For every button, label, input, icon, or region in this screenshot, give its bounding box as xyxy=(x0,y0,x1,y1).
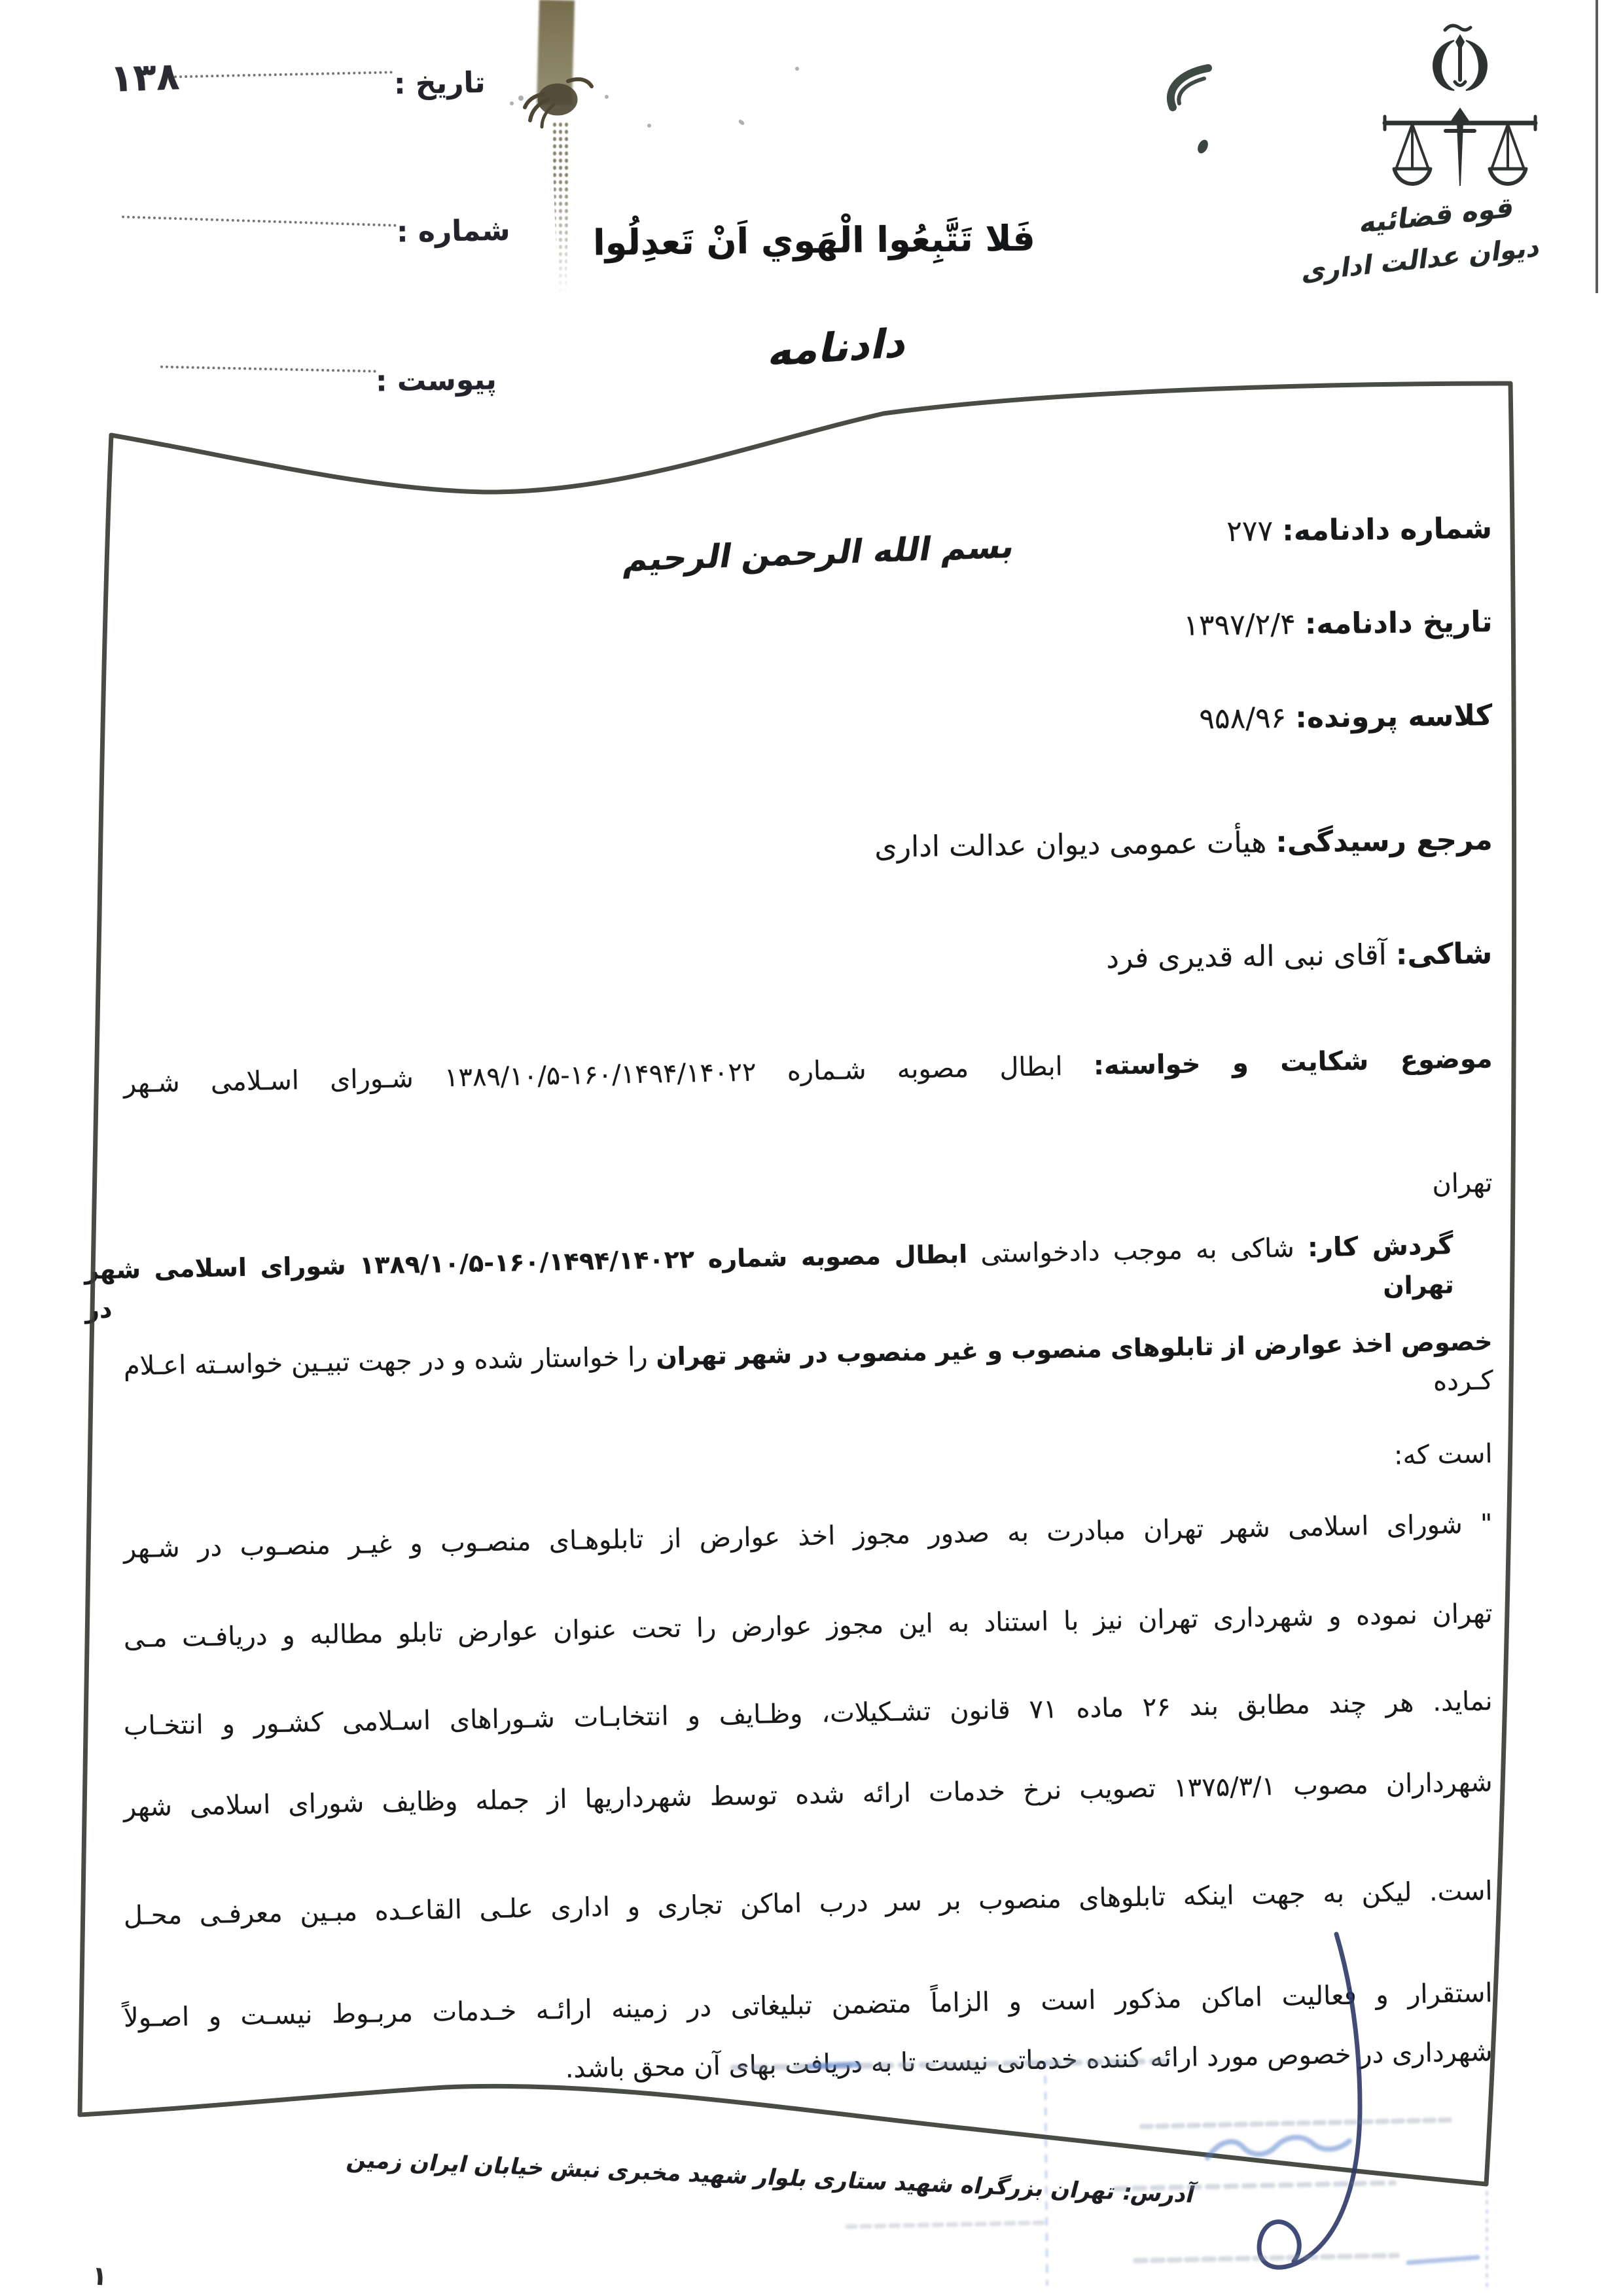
number-dotted-line xyxy=(122,215,397,226)
field-row-judgment-number: شماره دادنامه: ۲۷۷ xyxy=(1226,512,1492,548)
proceedings-lead: شاکی به موجب دادخواستی xyxy=(980,1233,1294,1269)
scan-streak-artifact xyxy=(537,0,575,105)
quranic-verse: فَلا تَتَّبِعُوا الْهَوي اَنْ تَعدِلُوا xyxy=(593,217,1035,263)
field-row-case-number: کلاسه پرونده: ۹۵۸/۹۶ xyxy=(1199,699,1493,735)
date-field-label: تاریخ : xyxy=(394,66,486,101)
field-label: شاکی: xyxy=(1396,937,1493,972)
field-value: ۹۵۸/۹۶ xyxy=(1199,701,1287,736)
number-field-label: شماره : xyxy=(397,213,510,249)
date-dotted-line xyxy=(169,71,393,78)
field-value: هیأت عمومی دیوان عدالت اداری xyxy=(874,826,1267,864)
corner-number: ۱۳۸ xyxy=(109,54,181,101)
page-number: ۱ xyxy=(90,2261,109,2292)
field-value: ۲۷۷ xyxy=(1226,514,1274,548)
proceedings-label: گردش کار: xyxy=(1308,1230,1454,1263)
scanned-judgment-page: ۱۳۸ تاریخ : شماره : پیوست : قوه قضائیه xyxy=(0,0,1623,2296)
quote-line-4: شهرداران مصوب ۱۳۷۵/۳/۱ تصویب نرخ خدمات ا… xyxy=(123,1763,1493,1827)
field-value: آقای نبی اله قدیری فرد xyxy=(1106,938,1387,975)
proceedings-bold-continued: خصوص اخذ عوارض از تابلوهای منصوب و غیر م… xyxy=(656,1327,1493,1371)
proceedings-line-2: خصوص اخذ عوارض از تابلوهای منصوب و غیر م… xyxy=(123,1322,1493,1425)
subject-line-2: تهران xyxy=(123,1163,1493,1227)
scales-of-justice-icon xyxy=(1372,20,1548,203)
crescent-mark-artifact xyxy=(1171,68,1210,155)
quote-line-1: " شورای اسلامی شهر تهران مبادرت به صدور … xyxy=(123,1504,1493,1568)
field-row-authority: مرجع رسیدگی: هیأت عمومی دیوان عدالت ادار… xyxy=(874,823,1493,864)
field-label: تاریخ دادنامه: xyxy=(1304,605,1492,641)
field-row-complainant: شاکی: آقای نبی اله قدیری فرد xyxy=(1106,937,1493,975)
court-name: دیوان عدالت اداری xyxy=(1300,232,1543,287)
quote-line-6: استقرار و فعالیت اماکن مذکور است و الزام… xyxy=(123,1973,1493,2038)
field-label: شماره دادنامه: xyxy=(1282,512,1492,548)
scan-edge-line xyxy=(1596,0,1598,293)
subject-line-1: موضوع شکایت و خواسته: ابطال مصوبه شـماره… xyxy=(123,1039,1493,1103)
quote-line-2: تهران نموده و شهرداری تهران نیز با استنا… xyxy=(123,1594,1493,1658)
quote-line-7: شهرداری در خصوص مورد ارائه کننده خدماتی … xyxy=(123,2032,1493,2096)
proceedings-line-1: گردش کار: شاکی به موجب دادخواستی ابطال م… xyxy=(84,1225,1493,1329)
quote-line-5: است. لیکن به جهت اینکه تابلوهای منصوب بر… xyxy=(123,1871,1493,1935)
basmala: بسم الله الرحمن الرحیم xyxy=(621,527,1018,579)
field-value: ۱۳۹۷/۲/۴ xyxy=(1183,608,1296,643)
attachment-field-label: پیوست : xyxy=(376,362,497,398)
scan-streak-speckles xyxy=(546,121,576,298)
subject-text: ابطال مصوبه شـماره ۱۶۰/۱۴۹۴/۱۴۰۲۲-۱۳۸۹/۱… xyxy=(123,1051,1063,1099)
field-label: کلاسه پرونده: xyxy=(1295,699,1493,735)
quote-line-3: نماید. هر چند مطابق بند ۲۶ ماده ۷۱ قانون… xyxy=(123,1682,1493,1746)
field-row-judgment-date: تاریخ دادنامه: ۱۳۹۷/۲/۴ xyxy=(1183,605,1493,643)
subject-label: موضوع شکایت و خواسته: xyxy=(1094,1044,1493,1081)
document-title: دادنامه xyxy=(765,319,914,376)
field-label: مرجع رسیدگی: xyxy=(1275,823,1493,859)
court-address: آدرس: تهران بزرگراه شهید ستاری بلوار شهی… xyxy=(344,2147,1198,2208)
attachment-dotted-line xyxy=(160,366,376,373)
proceedings-line-3: است که: xyxy=(123,1434,1493,1498)
